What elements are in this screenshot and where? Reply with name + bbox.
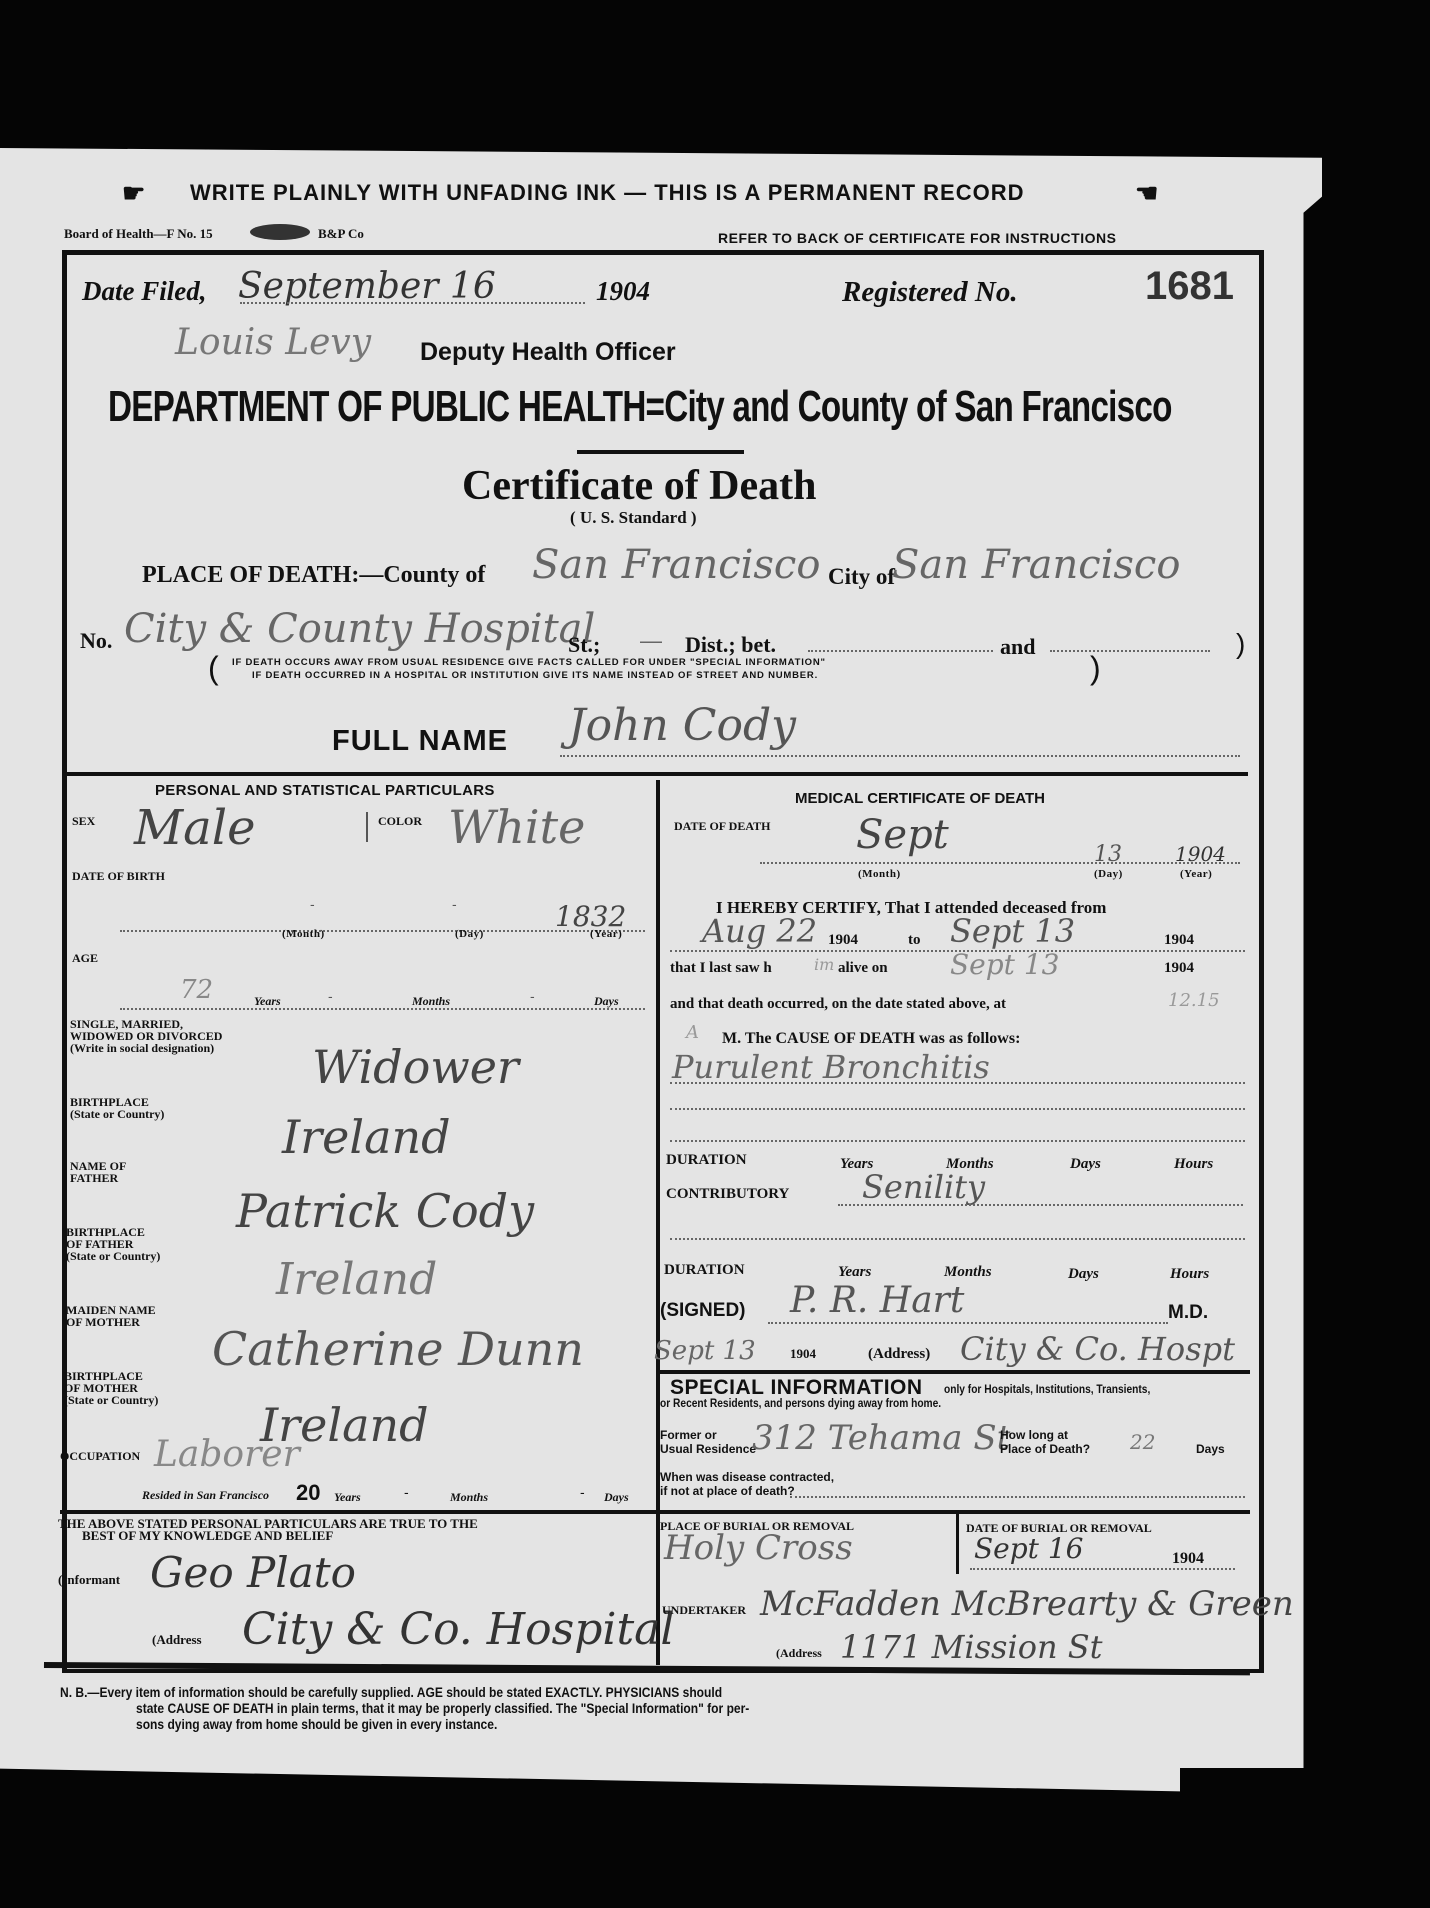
special-heading-rest: only for Hospitals, Institutions, Transi… xyxy=(944,1382,1150,1396)
duration-hours-caption-1: Hours xyxy=(1174,1156,1213,1173)
officer-title: Deputy Health Officer xyxy=(420,338,676,367)
age-years: 72 xyxy=(180,975,213,1005)
form-number: Board of Health—F No. 15 xyxy=(64,226,213,242)
attended-to: Sept 13 xyxy=(950,912,1075,950)
informant-name: Geo Plato xyxy=(150,1548,356,1597)
contracted-line xyxy=(790,1496,1245,1498)
duration-days-caption-1: Days xyxy=(1070,1156,1101,1173)
mother-value: Catherine Dunn xyxy=(212,1322,584,1376)
place-note-line-2: IF DEATH OCCURRED IN A HOSPITAL OR INSTI… xyxy=(252,670,818,681)
burial-divider xyxy=(658,1510,1250,1514)
occupation-value: Laborer xyxy=(154,1434,300,1475)
date-filed-value: September 16 xyxy=(238,266,496,307)
instructions-note: REFER TO BACK OF CERTIFICATE FOR INSTRUC… xyxy=(718,230,1116,246)
dod-month: Sept xyxy=(856,812,949,858)
duration-days-caption-2: Days xyxy=(1068,1266,1099,1283)
residence-value: 312 Tehama St xyxy=(752,1418,1010,1458)
attended-from: Aug 22 xyxy=(702,912,817,950)
dob-month: - xyxy=(310,896,315,912)
last-saw-date: Sept 13 xyxy=(950,948,1059,981)
last-saw-year: 1904 xyxy=(1164,960,1194,977)
birthplace-label-2: (State or Country) xyxy=(70,1108,164,1120)
father-birthplace-value: Ireland xyxy=(276,1254,437,1305)
certificate-title: Certificate of Death xyxy=(462,462,817,510)
dob-label: DATE OF BIRTH xyxy=(72,870,165,882)
footnote-line-1: N. B.—Every item of information should b… xyxy=(60,1684,722,1700)
how-long-days: Days xyxy=(1196,1442,1225,1456)
district-line-2 xyxy=(1050,650,1210,652)
cause-value: Purulent Bronchitis xyxy=(672,1048,990,1086)
resided-years: 20 xyxy=(296,1480,320,1506)
signed-address-value: City & Co. Hospt xyxy=(960,1330,1235,1368)
city-value: San Francisco xyxy=(892,542,1180,588)
color-label: COLOR xyxy=(378,815,422,827)
contributory-label: CONTRIBUTORY xyxy=(666,1186,789,1203)
undertaker-label: UNDERTAKER xyxy=(662,1604,746,1616)
seal-icon xyxy=(250,224,310,240)
and-label: and xyxy=(1000,634,1035,660)
death-meridian: A xyxy=(686,1022,699,1043)
dob-day-caption: (Day) xyxy=(455,928,484,940)
cause-line-1 xyxy=(670,1082,1245,1084)
death-time: 12.15 xyxy=(1168,990,1220,1011)
county-value: San Francisco xyxy=(532,542,820,588)
dod-year-caption: (Year) xyxy=(1180,868,1212,880)
signed-label: (SIGNED) xyxy=(660,1300,746,1322)
contributory-line xyxy=(838,1204,1243,1206)
street-label: St.; xyxy=(568,632,600,658)
cause-line-2 xyxy=(670,1108,1245,1110)
district-label: Dist.; bet. xyxy=(685,632,776,658)
last-saw-pronoun: im xyxy=(814,955,834,974)
informant-statement-2: BEST OF MY KNOWLEDGE AND BELIEF xyxy=(82,1530,333,1542)
paren-close-note: ) xyxy=(1090,650,1101,687)
resided-months: - xyxy=(404,1484,409,1500)
sex-label: SEX xyxy=(72,815,95,827)
street-number-label: No. xyxy=(80,628,112,654)
place-note-line-1: IF DEATH OCCURS AWAY FROM USUAL RESIDENC… xyxy=(232,657,826,668)
dod-month-caption: (Month) xyxy=(858,868,901,880)
residence-label-2: Usual Residence xyxy=(660,1442,756,1456)
resided-months-caption: Months xyxy=(450,1490,488,1505)
occurred-text: and that death occurred, on the date sta… xyxy=(670,996,1006,1013)
undertaker-address-label: (Address xyxy=(776,1646,822,1661)
city-label: City of xyxy=(828,564,895,590)
how-long-label-2: Place of Death? xyxy=(1000,1442,1090,1456)
signed-address-label: (Address) xyxy=(868,1346,930,1363)
cause-line-3 xyxy=(670,1140,1245,1142)
md-label: M.D. xyxy=(1168,1302,1208,1324)
contracted-label-2: if not at place of death? xyxy=(660,1484,795,1498)
resided-label: Resided in San Francisco xyxy=(142,1488,269,1503)
dob-day: - xyxy=(452,896,457,912)
section-divider xyxy=(62,772,1248,776)
registered-number: 1681 xyxy=(1145,264,1234,309)
footnote-line-3: sons dying away from home should be give… xyxy=(136,1716,497,1732)
resided-days: - xyxy=(580,1484,585,1500)
burial-date-line xyxy=(970,1568,1235,1570)
signed-value: P. R. Hart xyxy=(790,1280,964,1321)
undertaker-address-value: 1171 Mission St xyxy=(840,1628,1103,1666)
date-filed-line xyxy=(240,302,585,304)
informant-address-value: City & Co. Hospital xyxy=(242,1604,674,1655)
duration-hours-caption-2: Hours xyxy=(1170,1266,1209,1283)
age-months: - xyxy=(328,988,333,1004)
dod-label: DATE OF DEATH xyxy=(674,820,770,832)
full-name-line xyxy=(560,755,1240,757)
alive-on-label: alive on xyxy=(838,960,888,977)
place-of-death-label: PLACE OF DEATH:—County of xyxy=(142,562,485,589)
dod-line xyxy=(760,862,1240,864)
special-heading-line2: or Recent Residents, and persons dying a… xyxy=(660,1396,941,1410)
full-name-label: FULL NAME xyxy=(332,725,508,758)
marital-value: Widower xyxy=(312,1040,519,1094)
personal-heading: PERSONAL AND STATISTICAL PARTICULARS xyxy=(155,782,495,799)
paren-open-note: ( xyxy=(208,650,219,687)
dob-line xyxy=(120,930,645,932)
age-line xyxy=(120,1008,645,1010)
printer-mark: B&P Co xyxy=(318,226,364,242)
age-days: - xyxy=(530,988,535,1004)
date-filed-year: 1904 xyxy=(596,276,650,307)
age-years-caption: Years xyxy=(254,994,281,1009)
street-value: — xyxy=(640,628,662,654)
title-rule xyxy=(577,450,744,454)
dod-day-caption: (Day) xyxy=(1094,868,1123,880)
duration-years-caption-2: Years xyxy=(838,1264,871,1281)
burial-year: 1904 xyxy=(1172,1550,1204,1568)
informant-label: (Informant xyxy=(58,1572,120,1588)
attended-from-year: 1904 xyxy=(828,932,858,949)
birthplace-value: Ireland xyxy=(282,1110,451,1164)
signed-line xyxy=(768,1322,1168,1324)
informant-address-label: (Address xyxy=(152,1632,202,1648)
resided-days-caption: Days xyxy=(604,1490,629,1505)
footnote-line-2: state CAUSE OF DEATH in plain terms, tha… xyxy=(136,1700,749,1716)
how-long-value: 22 xyxy=(1130,1430,1155,1454)
age-label: AGE xyxy=(72,952,98,964)
color-separator xyxy=(366,812,368,842)
banner-text: WRITE PLAINLY WITH UNFADING INK — THIS I… xyxy=(190,180,1025,206)
street-number-value: City & County Hospital xyxy=(124,606,595,652)
dob-year-caption: (Year) xyxy=(590,928,622,940)
contributory-line-2 xyxy=(670,1238,1245,1240)
registered-label: Registered No. xyxy=(842,276,1018,309)
burial-column-divider xyxy=(956,1512,959,1574)
date-filed-label: Date Filed, xyxy=(82,276,206,307)
duration-label-1: DURATION xyxy=(666,1152,747,1169)
contributory-value: Senility xyxy=(862,1168,985,1206)
duration-label-2: DURATION xyxy=(664,1262,745,1279)
certificate-subtitle: ( U. S. Standard ) xyxy=(570,508,697,528)
resided-years-caption: Years xyxy=(334,1490,361,1505)
sex-value: Male xyxy=(134,800,256,856)
informant-divider xyxy=(60,1510,656,1514)
signed-year: 1904 xyxy=(790,1346,816,1362)
last-saw-label: that I last saw h xyxy=(670,960,772,977)
medical-heading: MEDICAL CERTIFICATE OF DEATH xyxy=(795,790,1045,807)
how-long-label-1: How long at xyxy=(1000,1428,1068,1442)
signed-date: Sept 13 xyxy=(654,1336,756,1366)
color-value: White xyxy=(448,800,585,854)
contracted-label-1: When was disease contracted, xyxy=(660,1470,834,1484)
duration-months-caption-2: Months xyxy=(944,1264,992,1281)
occupation-label: OCCUPATION xyxy=(60,1450,140,1462)
cause-text: M. The CAUSE OF DEATH was as follows: xyxy=(722,1030,1020,1048)
pointing-hand-left-icon: ☛ xyxy=(122,178,145,209)
residence-label-1: Former or xyxy=(660,1428,717,1442)
dob-month-caption: (Month) xyxy=(282,928,325,940)
undertaker-value: McFadden McBrearty & Green xyxy=(760,1584,1294,1624)
mother-label-2: OF MOTHER xyxy=(66,1316,140,1328)
full-name-value: John Cody xyxy=(568,700,796,751)
burial-date-value: Sept 16 xyxy=(974,1532,1083,1565)
father-birthplace-label-3: (State or Country) xyxy=(66,1250,160,1262)
department-heading: DEPARTMENT OF PUBLIC HEALTH=City and Cou… xyxy=(108,382,1172,432)
age-months-caption: Months xyxy=(412,994,450,1009)
district-line-1 xyxy=(808,650,993,652)
attended-to-label: to xyxy=(908,932,921,949)
officer-signature: Louis Levy xyxy=(175,322,371,363)
pointing-hand-right-icon: ☛ xyxy=(1135,178,1158,209)
special-divider xyxy=(658,1370,1250,1374)
age-days-caption: Days xyxy=(594,994,619,1009)
father-label-2: FATHER xyxy=(70,1172,118,1184)
burial-place-value: Holy Cross xyxy=(664,1528,853,1568)
father-value: Patrick Cody xyxy=(236,1184,534,1238)
mother-birthplace-label-3: (State or Country) xyxy=(64,1394,158,1406)
attended-to-year: 1904 xyxy=(1164,932,1194,949)
marital-label-3: (Write in social designation) xyxy=(70,1042,214,1054)
paren-close: ) xyxy=(1236,628,1245,660)
